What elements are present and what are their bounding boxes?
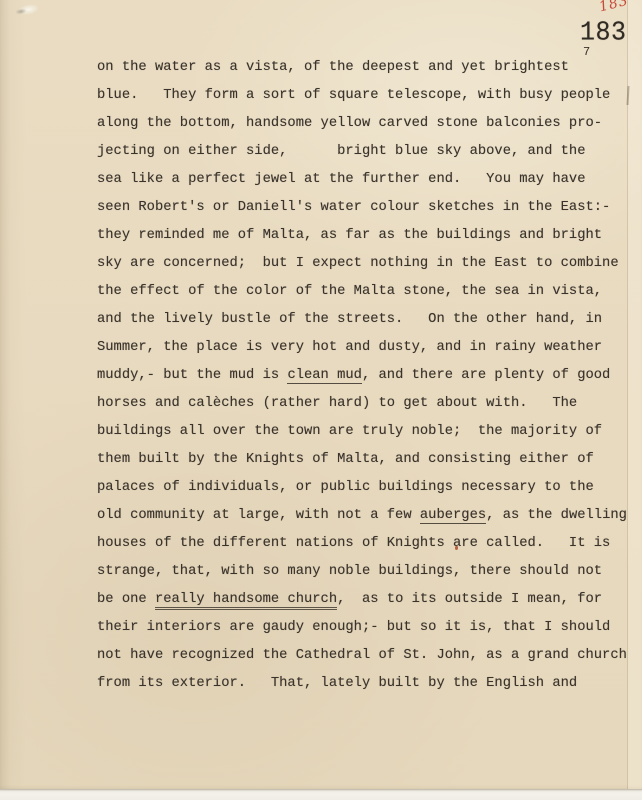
typed-line: not have recognized the Cathedral of St.… (97, 642, 627, 670)
typed-line: seen Robert's or Daniell's water colour … (97, 194, 627, 222)
text-segment: seen Robert's or Daniell's water colour … (97, 200, 610, 215)
text-segment: buildings all over the town are truly no… (97, 424, 602, 439)
text-segment: jecting on either side, bright blue sky … (97, 144, 586, 159)
underlined-text: auberges (420, 508, 486, 524)
text-segment: sky are concerned; but I expect nothing … (97, 256, 619, 271)
text-segment: they reminded me of Malta, as far as the… (97, 228, 602, 243)
text-segment: sea like a perfect jewel at the further … (97, 172, 586, 187)
typed-line: be one really handsome church, as to its… (97, 586, 627, 614)
text-segment: be one (97, 592, 155, 607)
typed-line: sea like a perfect jewel at the further … (97, 166, 627, 194)
typed-line: jecting on either side, bright blue sky … (97, 138, 627, 166)
typed-page-number: 183 (580, 17, 627, 48)
typed-line: palaces of individuals, or public buildi… (97, 474, 627, 502)
text-segment: blue. They form a sort of square telesco… (97, 88, 610, 103)
text-segment: and the lively bustle of the streets. On… (97, 312, 602, 327)
typed-line: houses of the different nations of Knigh… (97, 530, 627, 558)
scan-bottom-edge (0, 789, 642, 800)
text-segment: not have recognized the Cathedral of St.… (97, 648, 627, 663)
text-segment: , as the dwelling (486, 508, 627, 523)
text-segment: their interiors are gaudy enough;- but s… (97, 620, 610, 635)
text-segment: , as to its outside I mean, for (337, 592, 602, 607)
typed-line: the effect of the color of the Malta sto… (97, 278, 627, 306)
typed-line: horses and calèches (rather hard) to get… (97, 390, 627, 418)
typed-line: blue. They form a sort of square telesco… (97, 82, 627, 110)
typed-line: and the lively bustle of the streets. On… (97, 306, 627, 334)
text-segment: on the water as a vista, of the deepest … (97, 60, 569, 75)
typed-line: sky are concerned; but I expect nothing … (97, 250, 627, 278)
underlined-text: really handsome church (155, 592, 337, 610)
paper-right-edge (627, 0, 628, 789)
text-segment: , and there are plenty of good (362, 368, 610, 383)
text-segment: from its exterior. That, lately built by… (97, 676, 577, 691)
text-segment: palaces of individuals, or public buildi… (97, 480, 594, 495)
text-segment: Summer, the place is very hot and dusty,… (97, 340, 602, 355)
text-segment: horses and calèches (rather hard) to get… (97, 396, 577, 411)
typed-line: from its exterior. That, lately built by… (97, 670, 627, 698)
typed-line: buildings all over the town are truly no… (97, 418, 627, 446)
typed-lines: on the water as a vista, of the deepest … (97, 54, 627, 698)
text-segment: strange, that, with so many noble buildi… (97, 564, 602, 579)
text-segment: houses of the different nations of Knigh… (97, 536, 610, 551)
text-segment: them built by the Knights of Malta, and … (97, 452, 594, 467)
text-segment: muddy,- but the mud is (97, 368, 287, 383)
typed-line: strange, that, with so many noble buildi… (97, 558, 627, 586)
text-segment: along the bottom, handsome yellow carved… (97, 116, 602, 131)
underlined-text: clean mud (287, 368, 362, 384)
typed-line: old community at large, with not a few a… (97, 502, 627, 530)
typed-line: on the water as a vista, of the deepest … (97, 54, 627, 82)
text-segment: the effect of the color of the Malta sto… (97, 284, 602, 299)
typed-line: them built by the Knights of Malta, and … (97, 446, 627, 474)
typed-line: along the bottom, handsome yellow carved… (97, 110, 627, 138)
typed-line: they reminded me of Malta, as far as the… (97, 222, 627, 250)
scanned-page: 183 183 7 on the water as a vista, of th… (0, 0, 642, 800)
typed-line: their interiors are gaudy enough;- but s… (97, 614, 627, 642)
typed-line: muddy,- but the mud is clean mud, and th… (97, 362, 627, 390)
paper-right-band (628, 0, 642, 789)
text-segment: old community at large, with not a few (97, 508, 420, 523)
typed-line: Summer, the place is very hot and dusty,… (97, 334, 627, 362)
